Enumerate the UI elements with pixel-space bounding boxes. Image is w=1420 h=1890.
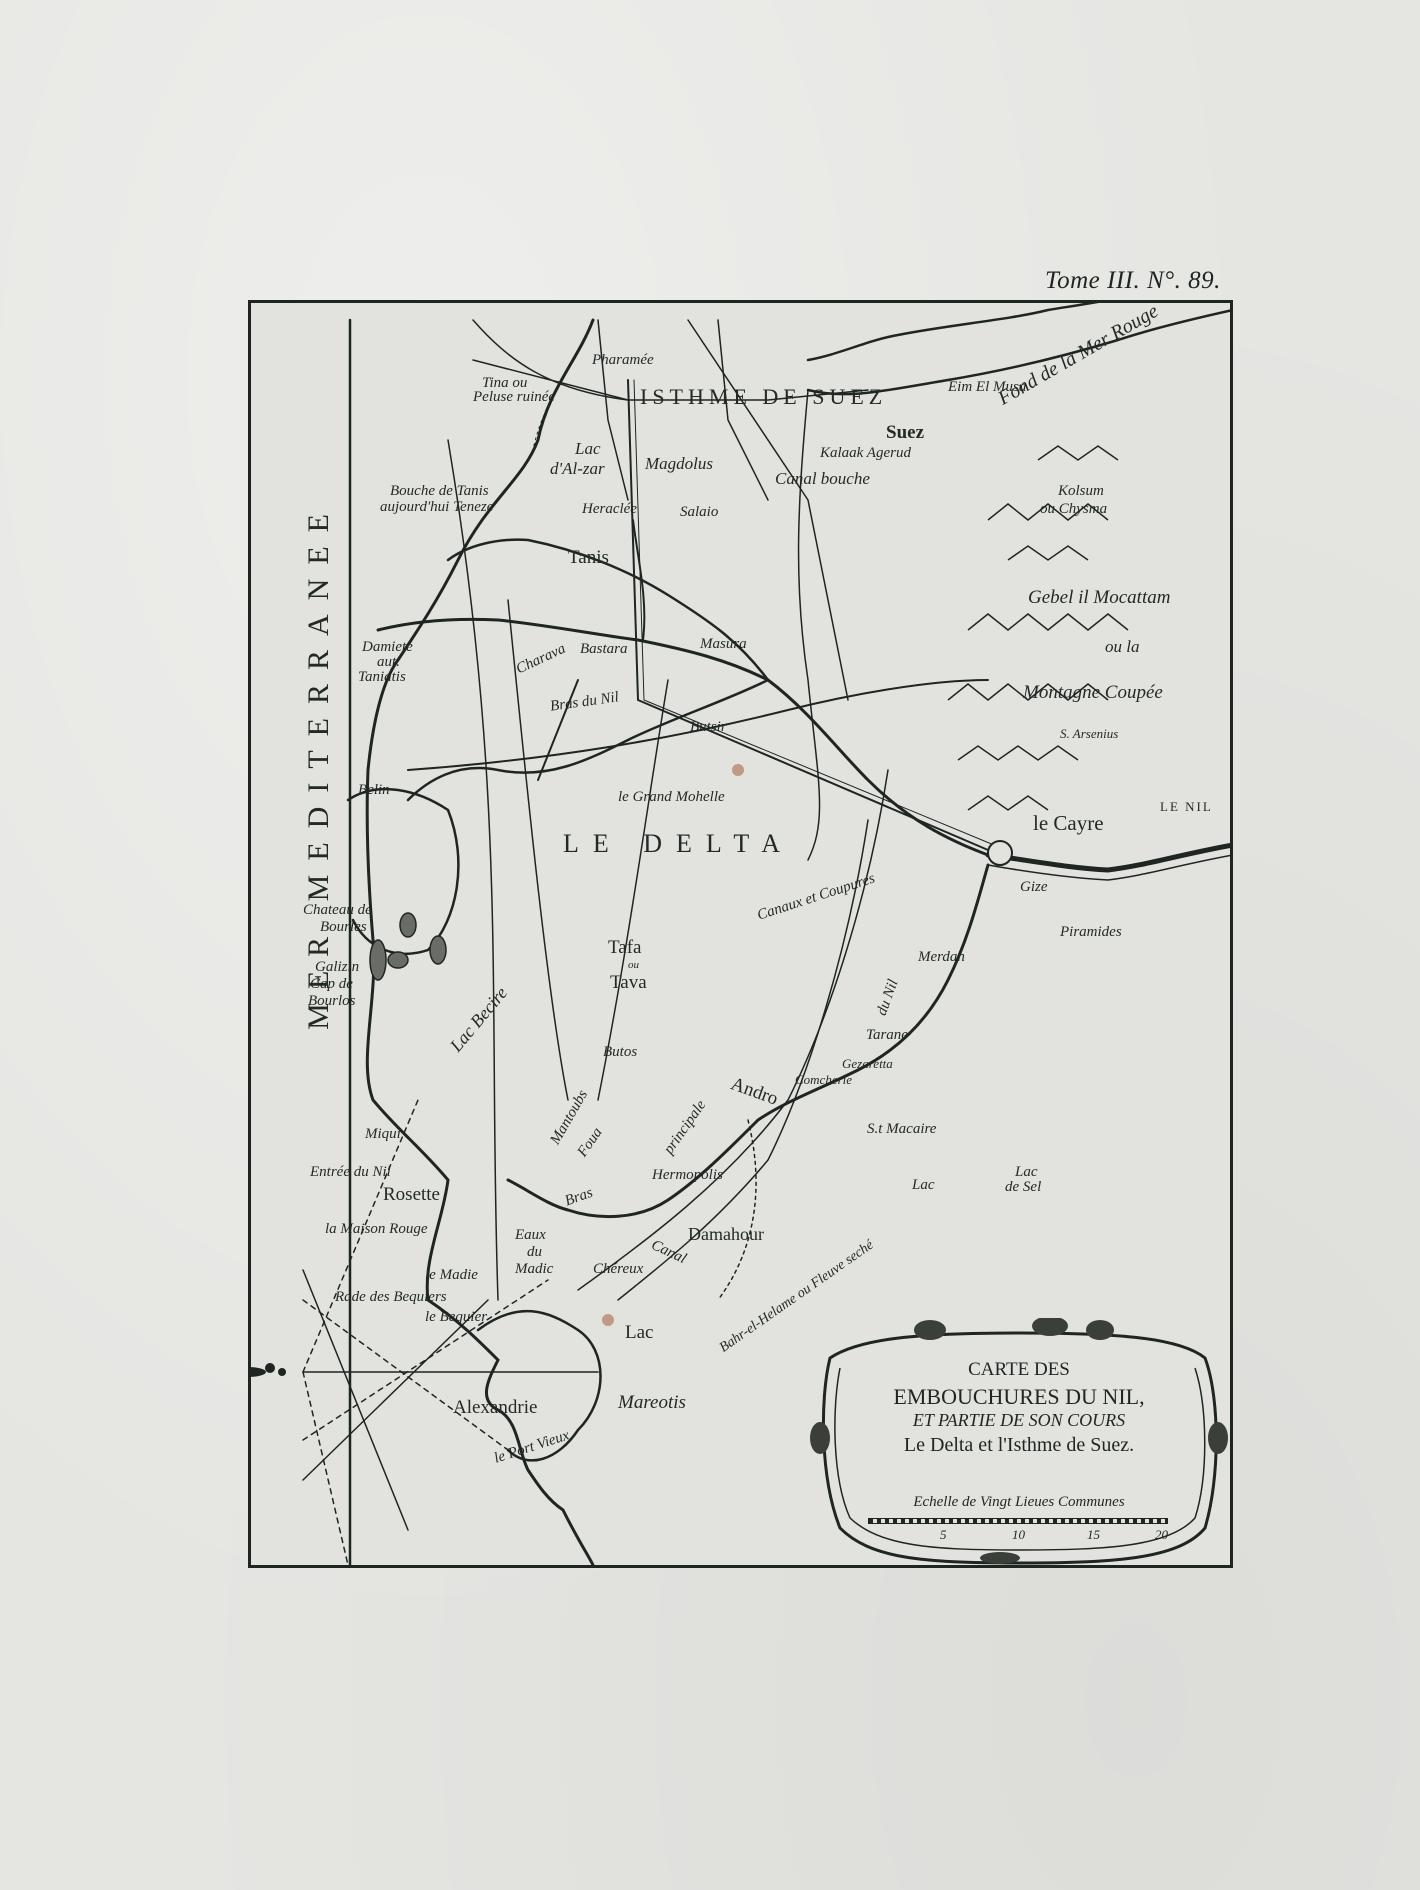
place-label: S.t Macaire <box>867 1122 936 1138</box>
place-label: Lac <box>575 440 601 458</box>
place-label: Chéreux <box>593 1262 643 1278</box>
place-label: Butsir <box>690 720 727 736</box>
place-label: Mareotis <box>618 1393 686 1413</box>
place-label: Damahour <box>688 1225 764 1244</box>
region-delta: LE DELTA <box>563 830 794 857</box>
place-label: le Cayre <box>1033 812 1104 834</box>
place-label: Lac <box>625 1323 653 1343</box>
place-label: Taniatis <box>358 670 406 686</box>
cartouche-line4: Le Delta et l'Isthme de Suez. <box>800 1434 1238 1457</box>
place-label: d'Al-zar <box>550 460 605 478</box>
scale-tick: 5 <box>940 1527 947 1543</box>
place-label: Lac <box>912 1178 935 1194</box>
place-label: Salaio <box>680 505 718 521</box>
place-label: Cap de <box>310 977 353 993</box>
place-label: le Bequier <box>425 1310 487 1326</box>
place-label: Kolsum <box>1058 484 1104 500</box>
scale-title: Echelle de Vingt Lieues Communes <box>800 1494 1238 1511</box>
place-label: Comcherie <box>795 1073 852 1087</box>
scale-tick: 10 <box>1012 1527 1025 1543</box>
place-label: Tafa <box>608 938 641 958</box>
cairo-marker <box>988 841 1012 865</box>
region-nile-east: LE NIL <box>1160 800 1213 814</box>
place-label: Bouche de Tanis <box>390 484 489 500</box>
place-label: du <box>527 1245 542 1261</box>
sea-label: MER MEDITERRANEE <box>302 500 332 1030</box>
place-label: Tarane <box>866 1028 908 1044</box>
place-label: ou <box>628 960 639 972</box>
place-label: Galizin <box>315 960 359 976</box>
place-label: Alexandrie <box>453 1398 537 1418</box>
place-label: Suez <box>886 423 924 443</box>
place-label: Entrée du Nil <box>310 1165 391 1181</box>
place-label: Chateau de <box>303 903 372 919</box>
place-label: Piramides <box>1060 925 1122 941</box>
place-label: aujourd'hui Teneze <box>380 500 493 516</box>
place-label: Montagne Coupée <box>1023 683 1163 703</box>
scale-tick: 15 <box>1087 1527 1100 1543</box>
cartouche-line1: CARTE DES <box>800 1359 1238 1381</box>
place-label: Rosette <box>383 1185 440 1205</box>
fleur-de-lis-icon <box>248 1363 286 1377</box>
region-isthmus: ISTHME DE SUEZ <box>640 385 887 408</box>
place-label: Heraclée <box>582 502 637 518</box>
place-label: Gize <box>1020 880 1048 896</box>
place-label: Butos <box>603 1045 637 1061</box>
place-label: Gezaretta <box>842 1057 893 1071</box>
place-label: Bourles <box>320 920 367 936</box>
place-label: Hermopolis <box>652 1168 723 1184</box>
place-label: ou la <box>1105 638 1139 656</box>
place-label: le Grand Mohelle <box>618 790 725 806</box>
place-label: Pharamée <box>592 353 654 369</box>
place-label: Bastara <box>580 642 628 658</box>
place-label: Eim El Musa <box>948 380 1026 396</box>
place-label: la Maison Rouge <box>325 1222 428 1238</box>
place-label: ou Chysma <box>1040 502 1107 518</box>
cartouche-line2: EMBOUCHURES DU NIL, <box>800 1384 1238 1410</box>
place-label: Bourlos <box>308 994 356 1010</box>
place-label: Masura <box>700 637 747 653</box>
cartouche-line3: ET PARTIE DE SON COURS <box>800 1410 1238 1431</box>
place-label: de Sel <box>1005 1180 1041 1196</box>
place-label: Rade des Bequiers <box>335 1290 447 1306</box>
plate-number: Tome III. N°. 89. <box>1045 267 1221 295</box>
place-label: Tanis <box>568 548 609 568</box>
place-label: Tava <box>610 973 647 993</box>
scale-tick: 20 <box>1155 1527 1168 1543</box>
place-label: Eaux <box>515 1228 546 1244</box>
place-label: Kalaak Agerud <box>820 446 911 462</box>
place-label: Madic <box>515 1262 553 1278</box>
place-label: Canal bouche <box>775 470 870 488</box>
place-label: Miqui <box>365 1127 401 1143</box>
place-label: Magdolus <box>645 455 713 473</box>
scale-bar <box>868 1518 1168 1524</box>
place-label: Gebel il Mocattam <box>1028 588 1170 608</box>
place-label: Merdan <box>918 950 965 966</box>
place-label: Peluse ruinée <box>473 390 555 406</box>
place-label: Belin <box>358 783 390 799</box>
place-label: S. Arsenius <box>1060 727 1118 741</box>
place-label: le Madie <box>425 1268 478 1284</box>
